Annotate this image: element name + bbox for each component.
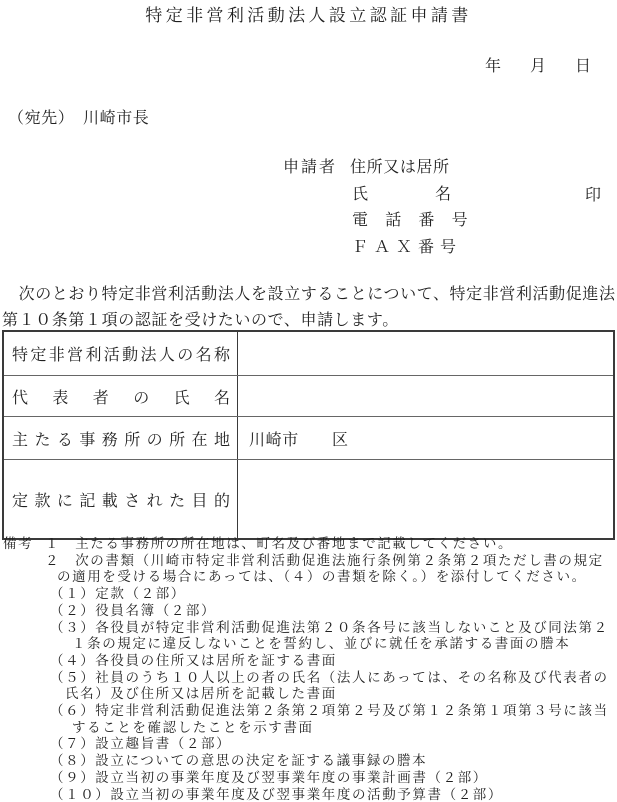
row-label-articles-purpose: 定款に記載された目的 xyxy=(3,460,238,540)
row-label-main-office-location: 主たる事務所の所在地 xyxy=(3,417,238,460)
applicant-block: 申請者住所又は居所 氏 名 電 話 番 号 ＦＡＸ番号 xyxy=(283,155,468,262)
addressee-line: （宛先） 川崎市長 xyxy=(8,105,149,128)
applicant-phone-row: 電 話 番 号 xyxy=(283,208,468,235)
remarks-line: （７）設立趣旨書（２部） xyxy=(0,736,617,753)
table-row: 特定非営利活動法人の名称 xyxy=(3,331,614,376)
applicant-fax-row: ＦＡＸ番号 xyxy=(283,235,468,262)
remarks-line: １条の規定に違反しないことを誓約し、並びに就任を承諾する書面の謄本 xyxy=(0,636,617,653)
table-row: 定款に記載された目的 xyxy=(3,460,614,540)
remarks-label: 備考 xyxy=(3,536,33,553)
remarks-line: することを確認したことを示す書面 xyxy=(0,720,617,737)
date-line: 年 月 日 xyxy=(485,53,598,76)
applicant-name-label: 氏 名 xyxy=(352,186,452,203)
row-label-representative-name: 代表者の氏名 xyxy=(3,376,238,417)
body-paragraph: 次のとおり特定非営利活動法人を設立することについて、特定非営利活動促進法 第１０… xyxy=(2,282,616,334)
row-value-representative-name xyxy=(238,376,615,417)
remarks-line: （３）各役員が特定非営利活動促進法第２０条各号に該当しないこと及び同法第２ xyxy=(0,620,617,637)
remarks-line: （８）設立についての意思の決定を証する議事録の謄本 xyxy=(0,753,617,770)
form-table: 特定非営利活動法人の名称 代表者の氏名 主たる事務所の所在地 川崎市 区 定款に… xyxy=(2,330,615,540)
remarks-line: （１０）設立当初の事業年度及び翌事業年度の活動予算書（２部） xyxy=(0,787,617,802)
table-row: 主たる事務所の所在地 川崎市 区 xyxy=(3,417,614,460)
applicant-label: 申請者 xyxy=(283,155,337,182)
applicant-phone-label: 電 話 番 号 xyxy=(352,212,468,229)
remarks-line: ２ 次の書類（川崎市特定非営利活動促進法施行条例第２条第２項ただし書の規定 xyxy=(0,553,617,570)
remarks-line: （６）特定非営利活動促進法第２条第２項第２号及び第１２条第１項第３号に該当 xyxy=(0,703,617,720)
remarks-line: （１）定款（２部） xyxy=(0,586,617,603)
applicant-address-row: 申請者住所又は居所 xyxy=(283,155,468,182)
remarks-line: （９）設立当初の事業年度及び翌事業年度の事業計画書（２部） xyxy=(0,770,617,787)
applicant-fax-label: ＦＡＸ番号 xyxy=(352,239,462,256)
applicant-address-label: 住所又は居所 xyxy=(350,159,450,176)
table-row: 代表者の氏名 xyxy=(3,376,614,417)
remarks-line: （４）各役員の住所又は居所を証する書面 xyxy=(0,653,617,670)
remarks-line: １ 主たる事務所の所在地は、町名及び番地まで記載してください。 xyxy=(0,536,617,553)
remarks-line: の適用を受ける場合にあっては、（４）の書類を除く。）を添付してください。 xyxy=(0,569,617,586)
row-value-articles-purpose xyxy=(238,460,615,540)
row-label-corporation-name: 特定非営利活動法人の名称 xyxy=(3,331,238,376)
body-paragraph-line: 次のとおり特定非営利活動法人を設立することについて、特定非営利活動促進法 xyxy=(2,282,616,308)
remarks-section: 備考 １ 主たる事務所の所在地は、町名及び番地まで記載してください。 ２ 次の書… xyxy=(0,536,617,802)
row-value-corporation-name xyxy=(238,331,615,376)
remarks-line: 氏名）及び住所又は居所を記載した書面 xyxy=(0,686,617,703)
remarks-line: （２）役員名簿（２部） xyxy=(0,603,617,620)
applicant-name-row: 氏 名 xyxy=(283,182,468,209)
row-value-main-office-location: 川崎市 区 xyxy=(238,417,615,460)
remarks-line: （５）社員のうち１０人以上の者の氏名（法人にあっては、その名称及び代表者の xyxy=(0,670,617,687)
application-form-page: 特定非営利活動法人設立認証申請書 年 月 日 （宛先） 川崎市長 申請者住所又は… xyxy=(0,0,617,802)
page-title: 特定非営利活動法人設立認証申請書 xyxy=(0,1,617,26)
seal-mark: 印 xyxy=(585,182,601,205)
